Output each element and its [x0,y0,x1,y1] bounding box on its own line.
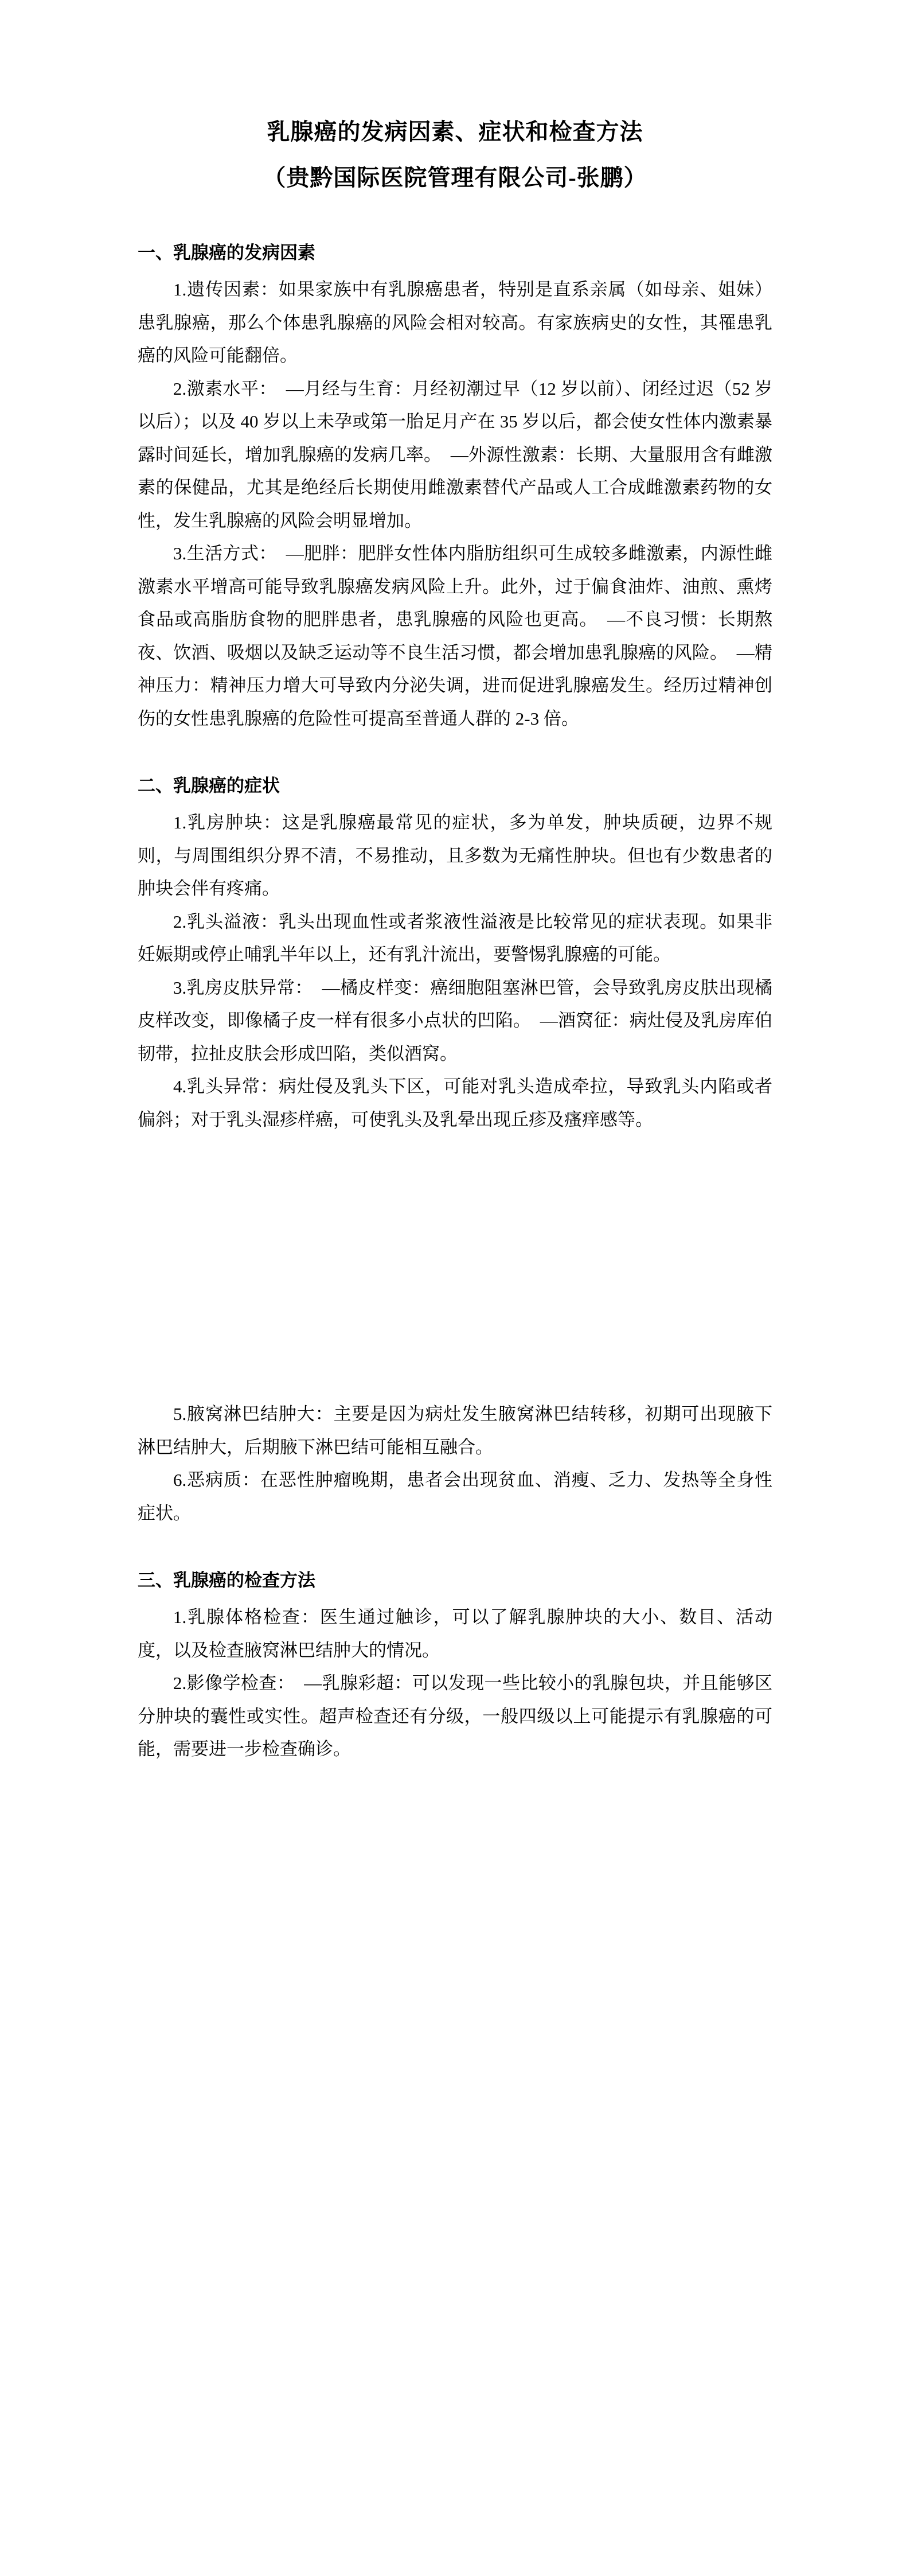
section-1-heading: 一、乳腺癌的发病因素 [138,241,772,265]
section-3-paragraph-1: 1.乳腺体格检查：医生通过触诊，可以了解乳腺肿块的大小、数目、活动度，以及检查腋… [138,1601,772,1667]
section-1-paragraph-1: 1.遗传因素：如果家族中有乳腺癌患者，特别是直系亲属（如母亲、姐妹）患乳腺癌，那… [138,273,772,372]
section-2-paragraph-6: 6.恶病质：在恶性肿瘤晚期，患者会出现贫血、消瘦、乏力、发热等全身性症状。 [138,1464,772,1530]
section-3-paragraph-2: 2.影像学检查： —乳腺彩超：可以发现一些比较小的乳腺包块，并且能够区分肿块的囊… [138,1667,772,1766]
section-1-paragraph-2: 2.激素水平： —月经与生育：月经初潮过早（12 岁以前）、闭经过迟（52 岁以… [138,372,772,538]
section-2-paragraph-3: 3.乳房皮肤异常： —橘皮样变：癌细胞阻塞淋巴管，会导致乳房皮肤出现橘皮样改变，… [138,971,772,1071]
doc-subtitle: （贵黔国际医院管理有限公司-张鹏） [138,165,772,190]
section-2-heading: 二、乳腺癌的症状 [138,774,772,798]
section-2-paragraph-4: 4.乳头异常：病灶侵及乳头下区，可能对乳头造成牵拉，导致乳头内陷或者偏斜；对于乳… [138,1070,772,1136]
section-2-paragraph-5: 5.腋窝淋巴结肿大：主要是因为病灶发生腋窝淋巴结转移，初期可出现腋下淋巴结肿大，… [138,1398,772,1464]
section-1-paragraph-3: 3.生活方式： —肥胖：肥胖女性体内脂肪组织可生成较多雌激素，内源性雌激素水平增… [138,537,772,735]
section-2-paragraph-1: 1.乳房肿块：这是乳腺癌最常见的症状，多为单发，肿块质硬，边界不规则，与周围组织… [138,806,772,905]
section-3-heading: 三、乳腺癌的检查方法 [138,1569,772,1593]
document-page: 乳腺癌的发病因素、症状和检查方法 （贵黔国际医院管理有限公司-张鹏） 一、乳腺癌… [0,0,910,2576]
section-2-paragraph-2: 2.乳头溢液：乳头出现血性或者浆液性溢液是比较常见的症状表现。如果非妊娠期或停止… [138,905,772,971]
doc-title: 乳腺癌的发病因素、症状和检查方法 [138,0,772,145]
